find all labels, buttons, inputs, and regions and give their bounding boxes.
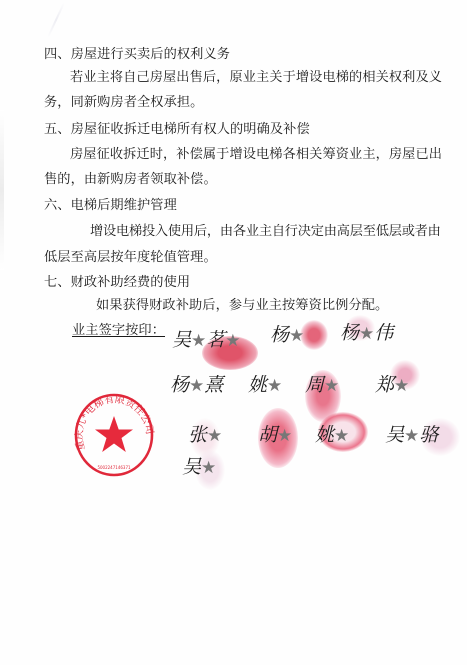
redaction-star-icon: ★ (277, 426, 292, 446)
seal-code: 5002247146371 (97, 465, 131, 470)
signature: 杨★熹 (170, 370, 223, 397)
signature: 郑★ (375, 370, 409, 397)
section-7-body-line1: 如果获得财政补助后，参与业主按筹资比例分配。 (96, 298, 388, 314)
redaction-star-icon: ★ (201, 458, 216, 478)
redaction-star-icon: ★ (334, 426, 349, 446)
paper-crease (47, 1, 66, 38)
section-7-heading: 七、财政补助经费的使用 (44, 275, 190, 291)
signature: 周★ (305, 370, 339, 397)
section-4-body-line1: 若业主将自己房屋出售后，原业主关于增设电梯的相关权利及义 (70, 70, 442, 86)
paper-edge-shadow (0, 110, 4, 270)
redaction-star-icon: ★ (191, 331, 206, 351)
redaction-star-icon: ★ (289, 326, 304, 346)
section-5-body-line1: 房屋征收拆迁时，补偿属于增设电梯各相关筹资业主，房屋已出 (70, 147, 442, 163)
redaction-star-icon: ★ (324, 376, 339, 396)
redaction-star-icon: ★ (267, 376, 282, 396)
section-6-body-line2: 低层至高层按年度轮值管理。 (44, 250, 217, 266)
section-5-body-line2: 售的，由新购房者领取补偿。 (44, 172, 217, 188)
signature: 姚★ (248, 370, 282, 397)
signature-label: 业主签字按印： (72, 323, 165, 339)
redaction-star-icon: ★ (394, 376, 409, 396)
signature: 吴★骆 (385, 420, 438, 447)
redaction-star-icon: ★ (189, 376, 204, 396)
document-page: 四、房屋进行买卖后的权利义务 若业主将自己房屋出售后，原业主关于增设电梯的相关权… (0, 0, 467, 665)
redaction-star-icon: ★ (207, 426, 222, 446)
signature: 杨★ (270, 320, 304, 347)
section-4-heading: 四、房屋进行买卖后的权利义务 (44, 47, 230, 63)
signature: 吴★ (182, 452, 216, 479)
redaction-star-icon: ★ (404, 426, 419, 446)
star-icon (95, 416, 133, 452)
signature: 杨★伟 (340, 318, 393, 345)
redaction-star-icon: ★ (225, 331, 240, 351)
signature: 吴★茗★ (172, 325, 241, 352)
section-5-heading: 五、房屋征收拆迁电梯所有权人的明确及补偿 (44, 122, 310, 138)
redaction-star-icon: ★ (359, 324, 374, 344)
signature: 胡★ (258, 420, 292, 447)
signature: 姚★ (315, 420, 349, 447)
section-6-body-line1: 增设电梯投入使用后，由各业主自行决定由高层至低层或者由 (90, 224, 441, 240)
section-6-heading: 六、电梯后期维护管理 (44, 198, 177, 214)
company-seal: 重庆九*电梯有限责任公司 5002247146371 (73, 390, 155, 478)
section-4-body-line2: 务，同新购房者全权承担。 (44, 95, 203, 111)
signature: 张★ (188, 420, 222, 447)
